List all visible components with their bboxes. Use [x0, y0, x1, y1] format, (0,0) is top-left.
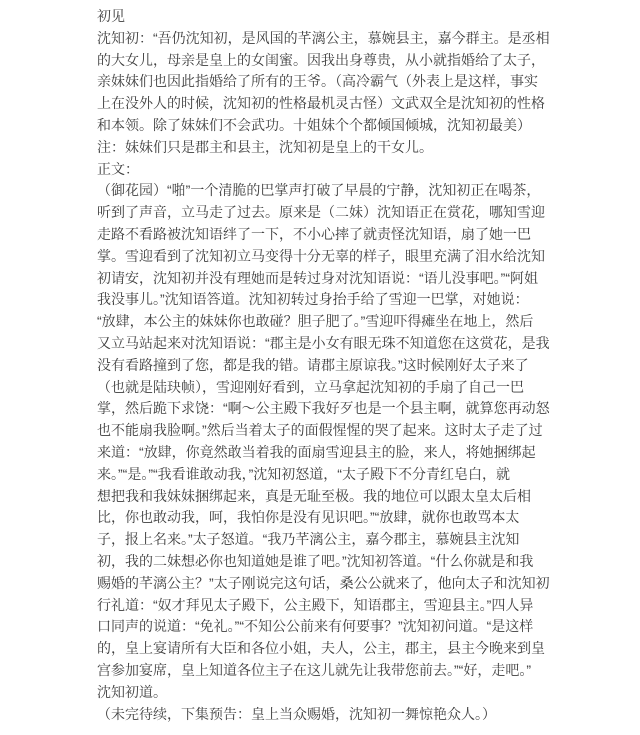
text-line: 听到了声音，立马走了过去。原来是（二妹）沈知语正在赏花，哪知雪迎 — [97, 202, 567, 224]
text-line: （御花园）“啪”一个清脆的巴掌声打破了早晨的宁静，沈知初正在喝茶， — [97, 180, 567, 202]
novel-text-block: 初见沈知初：“吾仍沈知初，是风国的芊漓公主，慕婉县主，嘉今群主。是丞相的大女儿，… — [97, 6, 567, 725]
text-line: 亲妹妹们也因此指婚给了所有的王爷。（高冷霸气（外表上是这样，事实 — [97, 71, 567, 93]
text-line: 掌。雪迎看到了沈知初立马变得十分无辜的样子，眼里充满了泪水给沈知 — [97, 246, 567, 268]
text-line: 沈知初道。 — [97, 682, 567, 704]
text-line: 子，报上名来。”太子怒道。“我乃芊漓公主，嘉今郡主，慕婉县主沈知 — [97, 529, 567, 551]
text-line: 来道：“放肆，你竟然敢当着我的面扇雪迎县主的脸，来人，将她捆绑起 — [97, 442, 567, 464]
text-line: 行礼道：“奴才拜见太子殿下，公主殿下，知语郡主，雪迎县主。”四人异 — [97, 595, 567, 617]
text-line: 比，你也敢动我，呵，我怕你是没有见识吧。”“放肆，就你也敢骂本太 — [97, 507, 567, 529]
text-line: 没有看路撞到了您，都是我的错。请郡主原谅我。”这时候刚好太子来了 — [97, 355, 567, 377]
text-line: 口同声的说道：“免礼。”“不知公公前来有何要事？”沈知初问道。“是这样 — [97, 616, 567, 638]
text-line: 我没事儿。”沈知语答道。沈知初转过身抬手给了雪迎一巴掌，对她说： — [97, 289, 567, 311]
text-line: （也就是陆玦帧），雪迎刚好看到，立马拿起沈知初的手扇了自己一巴 — [97, 377, 567, 399]
text-line: 的，皇上宴请所有大臣和各位小姐，夫人，公主，郡主，县主今晚来到皇 — [97, 638, 567, 660]
text-line: 上在没外人的时候，沈知初的性格最机灵古怪）文武双全是沈知初的性格 — [97, 93, 567, 115]
text-line: 初请安，沈知初并没有理她而是转过身对沈知语说：“语儿没事吧。”“阿姐 — [97, 268, 567, 290]
text-line: 又立马站起来对沈知语说：“郡主是小女有眼无珠不知道您在这赏花，是我 — [97, 333, 567, 355]
text-line: 赐婚的芊漓公主？”太子刚说完这句话，桑公公就来了，他向太子和沈知初 — [97, 573, 567, 595]
text-line: 注：妹妹们只是郡主和县主，沈知初是皇上的干女儿。 — [97, 137, 567, 159]
text-line: 和本领。除了妹妹们不会武功。十姐妹个个都倾国倾城，沈知初最美） — [97, 115, 567, 137]
text-line: 想把我和我妹妹捆绑起来，真是无耻至极。我的地位可以跟太皇太后相 — [97, 486, 567, 508]
text-line: 宫参加宴席，皇上知道各位主子在这儿就先让我带您前去。”“好，走吧。” — [97, 660, 567, 682]
text-line: 走路不看路被沈知语绊了一下，不小心摔了就责怪沈知语，扇了她一巴 — [97, 224, 567, 246]
text-line: （未完待续，下集预告：皇上当众赐婚，沈知初一舞惊艳众人。） — [97, 704, 567, 726]
text-line: 正文： — [97, 159, 567, 181]
text-line: 沈知初：“吾仍沈知初，是风国的芊漓公主，慕婉县主，嘉今群主。是丞相 — [97, 28, 567, 50]
text-line: 初，我的二妹想必你也知道她是谁了吧。”沈知初答道。“什么你就是和我 — [97, 551, 567, 573]
text-line: 初见 — [97, 6, 567, 28]
text-line: “放肆，本公主的妹妹你也敢碰？胆子肥了。”雪迎吓得瘫坐在地上，然后 — [97, 311, 567, 333]
text-line: 掌，然后跪下求饶：“啊～公主殿下我好歹也是一个县主啊，就算您再动怒 — [97, 398, 567, 420]
text-line: 的大女儿，母亲是皇上的女闺蜜。因我出身尊贵，从小就指婚给了太子， — [97, 50, 567, 72]
text-line: 也不能扇我脸啊。”然后当着太子的面假惺惺的哭了起来。这时太子走了过 — [97, 420, 567, 442]
text-line: 来。”“是。”“我看谁敢动我，”沈知初怒道，“太子殿下不分青红皂白，就 — [97, 464, 567, 486]
